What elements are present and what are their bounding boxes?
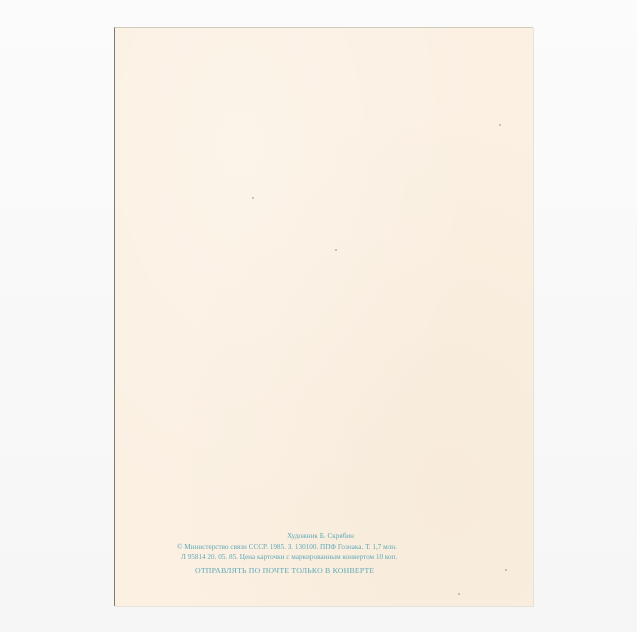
copyright-icon: © (177, 543, 182, 551)
mailing-instruction: ОТПРАВЛЯТЬ ПО ПОЧТЕ ТОЛЬКО В КОНВЕРТЕ (195, 565, 374, 577)
postcard-back: Художник Б. Скрябин © Министерство связи… (114, 27, 533, 606)
paper-speck (505, 569, 507, 571)
paper-speck (335, 249, 337, 251)
paper-speck (252, 197, 254, 199)
order-line: Л 95814 20. 05. 85. Цена карточки с марк… (181, 551, 397, 563)
paper-speck (499, 124, 501, 126)
publisher-text: Министерство связи СССР. 1985. З. 130100… (184, 543, 397, 551)
paper-speck (458, 593, 460, 595)
